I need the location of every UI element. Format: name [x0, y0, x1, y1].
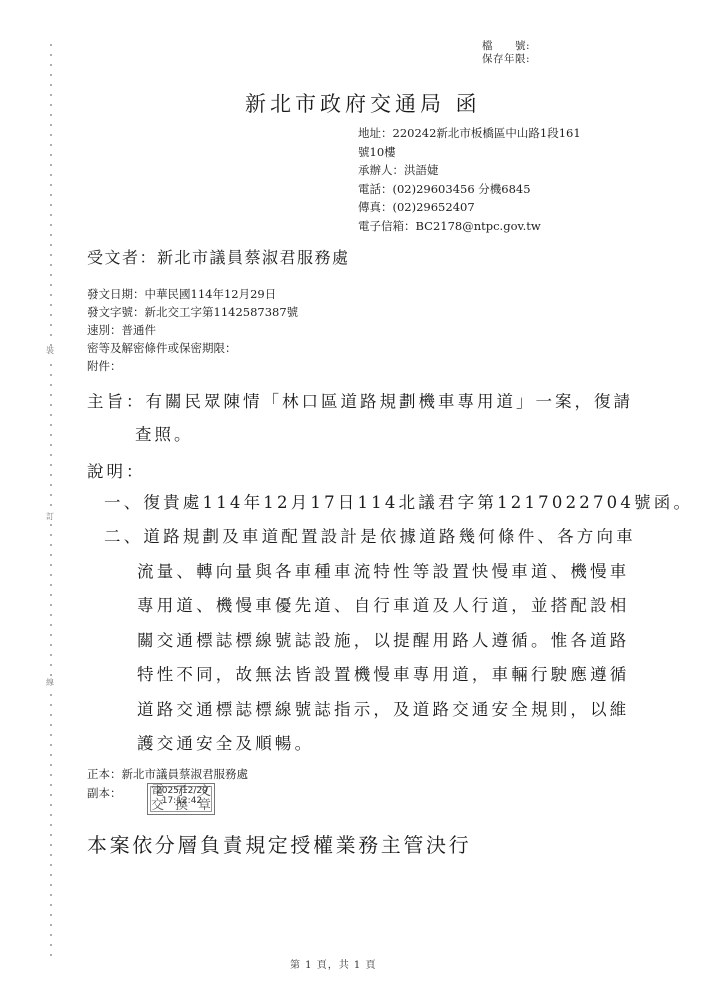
stamp-date: 2025/12/29: [156, 786, 208, 796]
issue-date: 發文日期：中華民國114年12月29日: [87, 285, 298, 303]
explanation-item-1: 一、復貴處114年12月17日114北議君字第1217022704號函。: [104, 486, 693, 521]
page-indicator: 第 1 頁，共 1 頁: [290, 956, 376, 971]
item-line: 關交通標誌標線號誌設施，以提醒用路人遵循。惟各道路: [104, 624, 636, 659]
phone: 電話：(02)29603456 分機6845: [358, 180, 581, 199]
retention-label: 保存年限:: [482, 53, 530, 66]
email: 電子信箱：BC2178@ntpc.gov.tw: [358, 217, 581, 236]
subject: 主旨：有關民眾陳情「林口區道路規劃機車專用道」一案，復請 查照。: [87, 385, 633, 451]
subject-line-1: 主旨：有關民眾陳情「林口區道路規劃機車專用道」一案，復請: [87, 385, 633, 418]
document-number: 發文字號：新北交工字第1142587387號: [87, 303, 298, 321]
delivery-speed: 速別：普通件: [87, 321, 298, 339]
handler: 承辦人：洪語婕: [358, 161, 581, 180]
explanation-item-2: 二、道路規劃及車道配置設計是依據道路幾何條件、各方向車 流量、轉向量與各車種車流…: [104, 520, 636, 762]
fax: 傳真：(02)29652407: [358, 198, 581, 217]
document-meta: 發文日期：中華民國114年12月29日 發文字號：新北交工字第114258738…: [87, 285, 298, 375]
item-line: 流量、轉向量與各車種車流特性等設置快慢車道、機慢車: [104, 555, 636, 590]
stamp-datetime: 2025/12/29 17:12:42: [156, 786, 208, 806]
attachment: 附件：: [87, 357, 298, 375]
stamp-time: 17:12:42: [156, 796, 208, 806]
binding-mark-ding: 訂: [46, 512, 54, 522]
item-line: 特性不同，故無法皆設置機慢車專用道，車輛行駛應遵循: [104, 658, 636, 693]
file-number-label: 檔 號:: [482, 40, 530, 53]
contact-block: 地址：220242新北市板橋區中山路1段161 號10樓 承辦人：洪語婕 電話：…: [358, 124, 581, 235]
address-line-2: 號10樓: [358, 143, 581, 162]
item-line: 二、道路規劃及車道配置設計是依據道路幾何條件、各方向車: [104, 520, 636, 555]
explanation-label: 說明：: [87, 458, 146, 482]
item-line: 道路交通標誌標線號誌指示，及道路交通安全規則，以維: [104, 693, 636, 728]
binding-margin: 裝 訂 線: [49, 40, 55, 960]
binding-mark-zhuang: 裝: [46, 346, 54, 356]
item-line: 護交通安全及順暢。: [104, 727, 636, 762]
document-title: 新北市政府交通局 函: [245, 88, 481, 118]
electronic-exchange-stamp: 電 子 文 交 換 章 2025/12/29 17:12:42: [147, 783, 215, 815]
original-recipient: 正本：新北市議員蔡淑君服務處: [87, 765, 248, 784]
item-line: 一、復貴處114年12月17日114北議君字第1217022704號函。: [104, 486, 693, 521]
binding-mark-xian: 線: [46, 678, 54, 688]
archive-info: 檔 號: 保存年限:: [482, 40, 530, 66]
delegation-statement: 本案依分層負責規定授權業務主管決行: [87, 829, 471, 858]
secrecy-level: 密等及解密條件或保密期限：: [87, 339, 298, 357]
recipient: 受文者：新北市議員蔡淑君服務處: [87, 245, 350, 268]
address-line-1: 地址：220242新北市板橋區中山路1段161: [358, 124, 581, 143]
subject-line-2: 查照。: [87, 418, 633, 451]
item-line: 專用道、機慢車優先道、自行車道及人行道，並搭配設相: [104, 589, 636, 624]
dotted-line: [50, 40, 52, 960]
